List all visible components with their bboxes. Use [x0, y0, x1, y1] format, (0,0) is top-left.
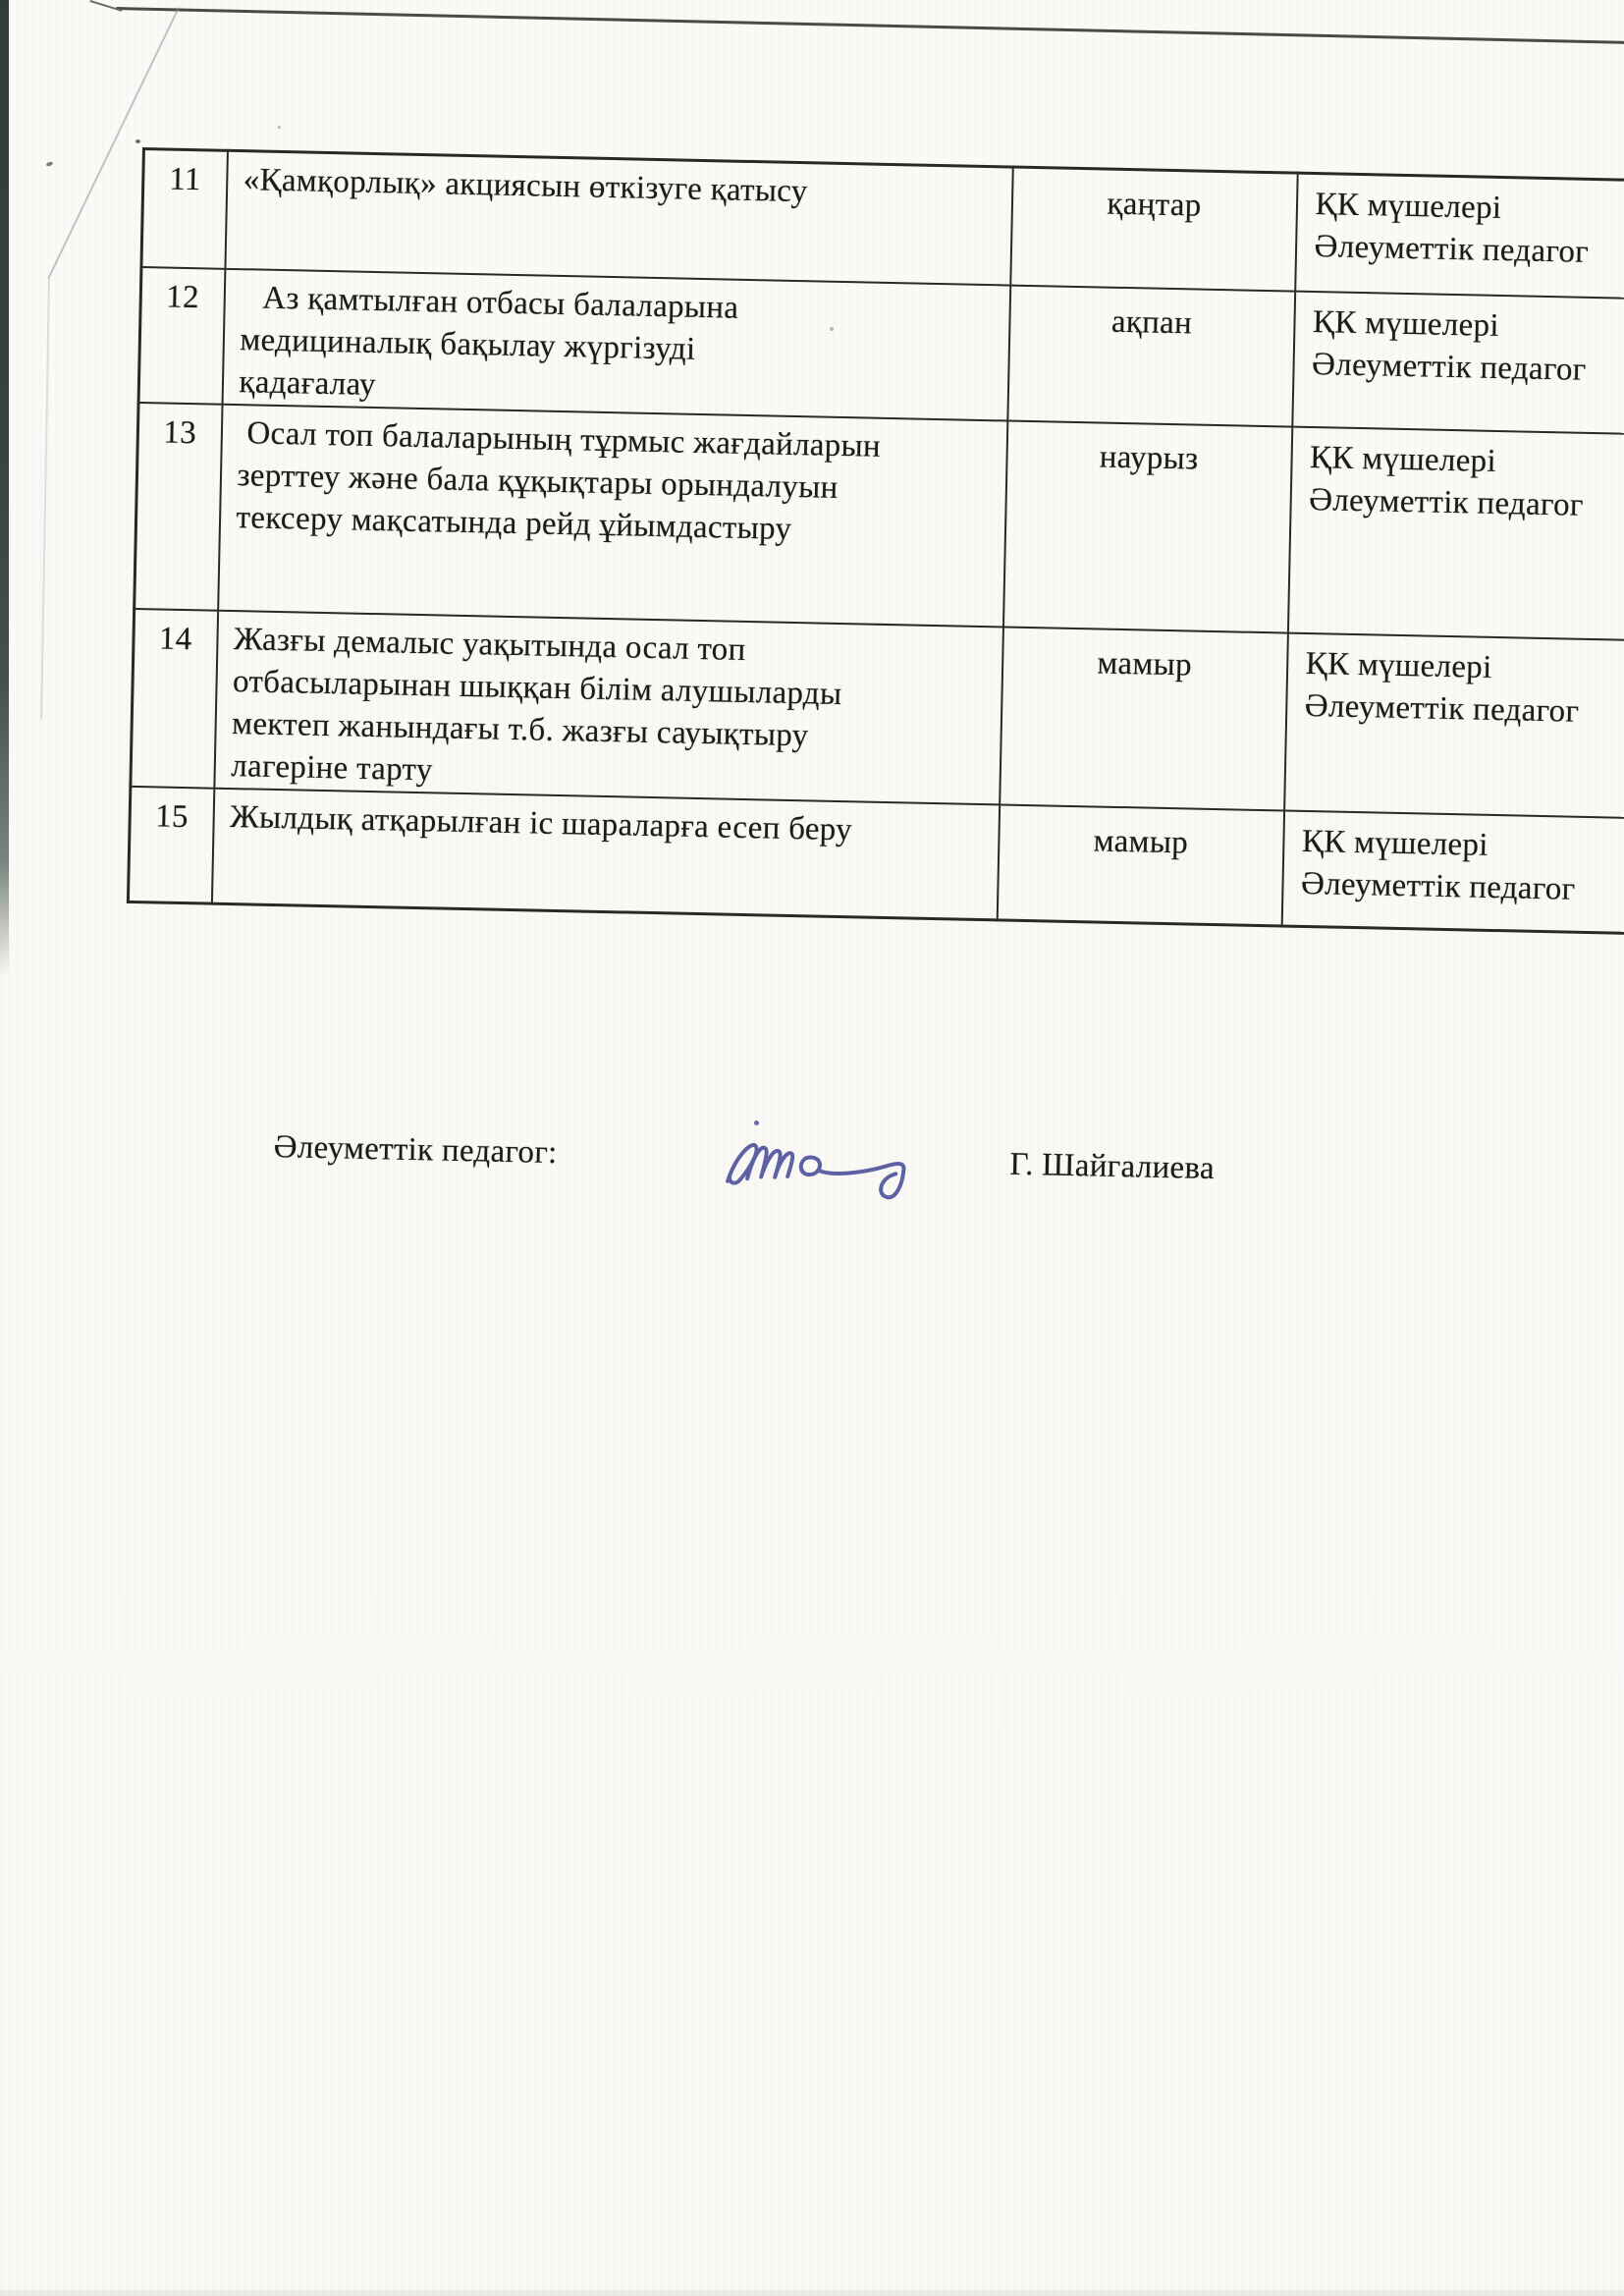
term-cell: мамыр: [1000, 627, 1288, 810]
scan-edge-left-band: [0, 0, 9, 977]
term-cell: ақпан: [1007, 285, 1295, 426]
row-number-cell: 13: [135, 402, 222, 610]
paper-crease-vertical: [40, 278, 50, 720]
responsible-cell: ҚК мүшелері Әлеуметтік педагог: [1281, 810, 1624, 934]
signature-stroke: [707, 1102, 946, 1230]
row-number-cell: 15: [128, 786, 213, 903]
scan-speck: [46, 161, 54, 167]
responsible-cell: ҚК мүшелері Әлеуметтік педагог: [1292, 291, 1624, 434]
signature-label: Әлеуметтік педагог:: [273, 1129, 558, 1172]
action-plan-table: 11 «Қамқорлық» акциясын өткізуге қатысу …: [127, 147, 1624, 936]
term-cell: қаңтар: [1010, 167, 1297, 291]
table-row: 14 Жазғы демалыс уақытында осал топ отба…: [131, 608, 1624, 818]
activity-cell: Жазғы демалыс уақытында осал топ отбасыл…: [214, 610, 1003, 804]
signature-path: [728, 1144, 904, 1197]
row-number-cell: 12: [138, 267, 225, 405]
activity-cell: Жылдық атқарылған іс шараларға есеп беру: [211, 788, 999, 920]
activity-cell: «Қамқорлық» акциясын өткізуге қатысу: [225, 150, 1012, 285]
document-content: 11 «Қамқорлық» акциясын өткізуге қатысу …: [99, 147, 1624, 2242]
signatory-name: Г. Шайгалиева: [1009, 1147, 1215, 1187]
activity-cell: Аз қамтылған отбасы балаларына медицинал…: [222, 268, 1010, 420]
scan-speck: [135, 139, 140, 143]
responsible-cell: ҚК мүшелері Әлеуметтік педагог: [1284, 632, 1624, 818]
scan-speck: [278, 126, 281, 129]
responsible-cell: ҚК мүшелері Әлеуметтік педагог: [1287, 426, 1624, 640]
responsible-cell: ҚК мүшелері Әлеуметтік педагог: [1295, 173, 1624, 299]
scan-edge-bottom-strip: [0, 2290, 1624, 2296]
scanned-document-page: 11 «Қамқорлық» акциясын өткізуге қатысу …: [0, 0, 1624, 2296]
table-row: 13 Осал топ балаларының тұрмыс жағдайлар…: [135, 402, 1624, 640]
row-number-cell: 14: [131, 608, 218, 788]
paper-top-edge-bend: [89, 0, 122, 12]
paper-top-edge-line: [116, 7, 1624, 45]
term-cell: мамыр: [997, 804, 1283, 926]
term-cell: наурыз: [1002, 420, 1291, 632]
row-number-cell: 11: [141, 149, 227, 269]
activity-cell: Осал топ балаларының тұрмыс жағдайларын …: [218, 404, 1007, 627]
